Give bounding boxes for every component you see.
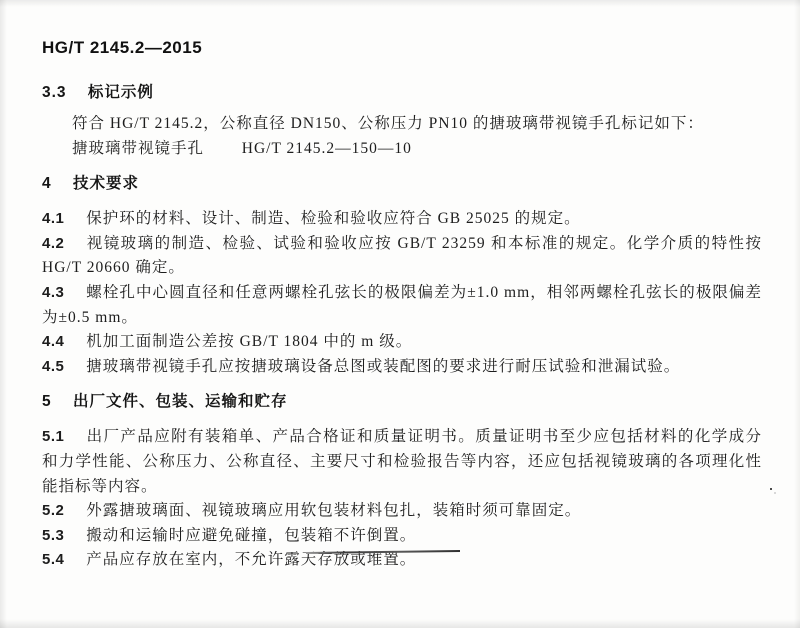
- clause-number: 4.4: [42, 333, 64, 350]
- clause-text: 机加工面制造公差按 GB/T 1804 中的 m 级。: [86, 333, 412, 350]
- clause-3-3-number: 3.3: [42, 84, 67, 101]
- clause-4-5: 4.5 搪玻璃带视镜手孔应按搪玻璃设备总图或装配图的要求进行耐压试验和泄漏试验。: [42, 355, 762, 380]
- clause-text: 视镜玻璃的制造、检验、试验和验收应按 GB/T 23259 和本标准的规定。化学…: [42, 235, 762, 277]
- clause-number: 5.2: [42, 502, 64, 519]
- clause-text: 出厂产品应附有装箱单、产品合格证和质量证明书。质量证明书至少应包括材料的化学成分…: [42, 428, 762, 494]
- clause-4-1: 4.1 保护环的材料、设计、制造、检验和验收应符合 GB 25025 的规定。: [42, 207, 762, 232]
- section-4-number: 4: [42, 175, 52, 192]
- clause-4-3: 4.3 螺栓孔中心圆直径和任意两螺栓孔弦长的极限偏差为±1.0 mm，相邻两螺栓…: [42, 281, 762, 330]
- clause-text: 搪玻璃带视镜手孔应按搪玻璃设备总图或装配图的要求进行耐压试验和泄漏试验。: [86, 358, 680, 375]
- clause-number: 4.1: [42, 210, 64, 227]
- marking-example-value: HG/T 2145.2—150—10: [242, 140, 412, 157]
- section-4-heading: 4 技术要求: [42, 173, 762, 195]
- clause-text: 保护环的材料、设计、制造、检验和验收应符合 GB 25025 的规定。: [86, 210, 580, 227]
- clause-5-3: 5.3 搬动和运输时应避免碰撞，包装箱不许倒置。: [42, 524, 762, 549]
- clause-4-4: 4.4 机加工面制造公差按 GB/T 1804 中的 m 级。: [42, 330, 762, 355]
- scanned-page: HG/T 2145.2—2015 3.3 标记示例 符合 HG/T 2145.2…: [0, 0, 800, 628]
- clause-number: 5.4: [42, 551, 64, 568]
- clause-number: 5.1: [42, 428, 64, 445]
- clause-4-2: 4.2 视镜玻璃的制造、检验、试验和验收应按 GB/T 23259 和本标准的规…: [42, 232, 762, 281]
- clause-3-3-heading: 3.3 标记示例: [42, 82, 762, 104]
- clause-number: 4.5: [42, 358, 64, 375]
- scan-artifact: [770, 488, 772, 490]
- marking-example: 搪玻璃带视镜手孔 HG/T 2145.2—150—10: [42, 137, 762, 162]
- clause-3-3-intro: 符合 HG/T 2145.2，公称直径 DN150、公称压力 PN10 的搪玻璃…: [42, 112, 762, 137]
- clause-5-1: 5.1 出厂产品应附有装箱单、产品合格证和质量证明书。质量证明书至少应包括材料的…: [42, 425, 762, 499]
- clause-number: 5.3: [42, 527, 64, 544]
- clause-text: 外露搪玻璃面、视镜玻璃应用软包装材料包扎，装箱时须可靠固定。: [86, 502, 581, 519]
- clause-text: 螺栓孔中心圆直径和任意两螺栓孔弦长的极限偏差为±1.0 mm，相邻两螺栓孔弦长的…: [42, 284, 762, 326]
- page-content: HG/T 2145.2—2015 3.3 标记示例 符合 HG/T 2145.2…: [42, 38, 762, 573]
- marking-example-label: 搪玻璃带视镜手孔: [72, 140, 204, 157]
- section-4-title: 技术要求: [73, 175, 139, 192]
- clause-text: 产品应存放在室内，不允许露天存放或堆置。: [86, 551, 416, 568]
- clause-3-3-title: 标记示例: [88, 84, 154, 101]
- clause-5-2: 5.2 外露搪玻璃面、视镜玻璃应用软包装材料包扎，装箱时须可靠固定。: [42, 499, 762, 524]
- clause-number: 4.2: [42, 235, 64, 252]
- clause-number: 4.3: [42, 284, 64, 301]
- standard-number-header: HG/T 2145.2—2015: [42, 38, 762, 58]
- clause-text: 搬动和运输时应避免碰撞，包装箱不许倒置。: [86, 527, 416, 544]
- section-5-title: 出厂文件、包装、运输和贮存: [73, 393, 288, 410]
- section-5-number: 5: [42, 393, 52, 410]
- section-5-heading: 5 出厂文件、包装、运输和贮存: [42, 391, 762, 413]
